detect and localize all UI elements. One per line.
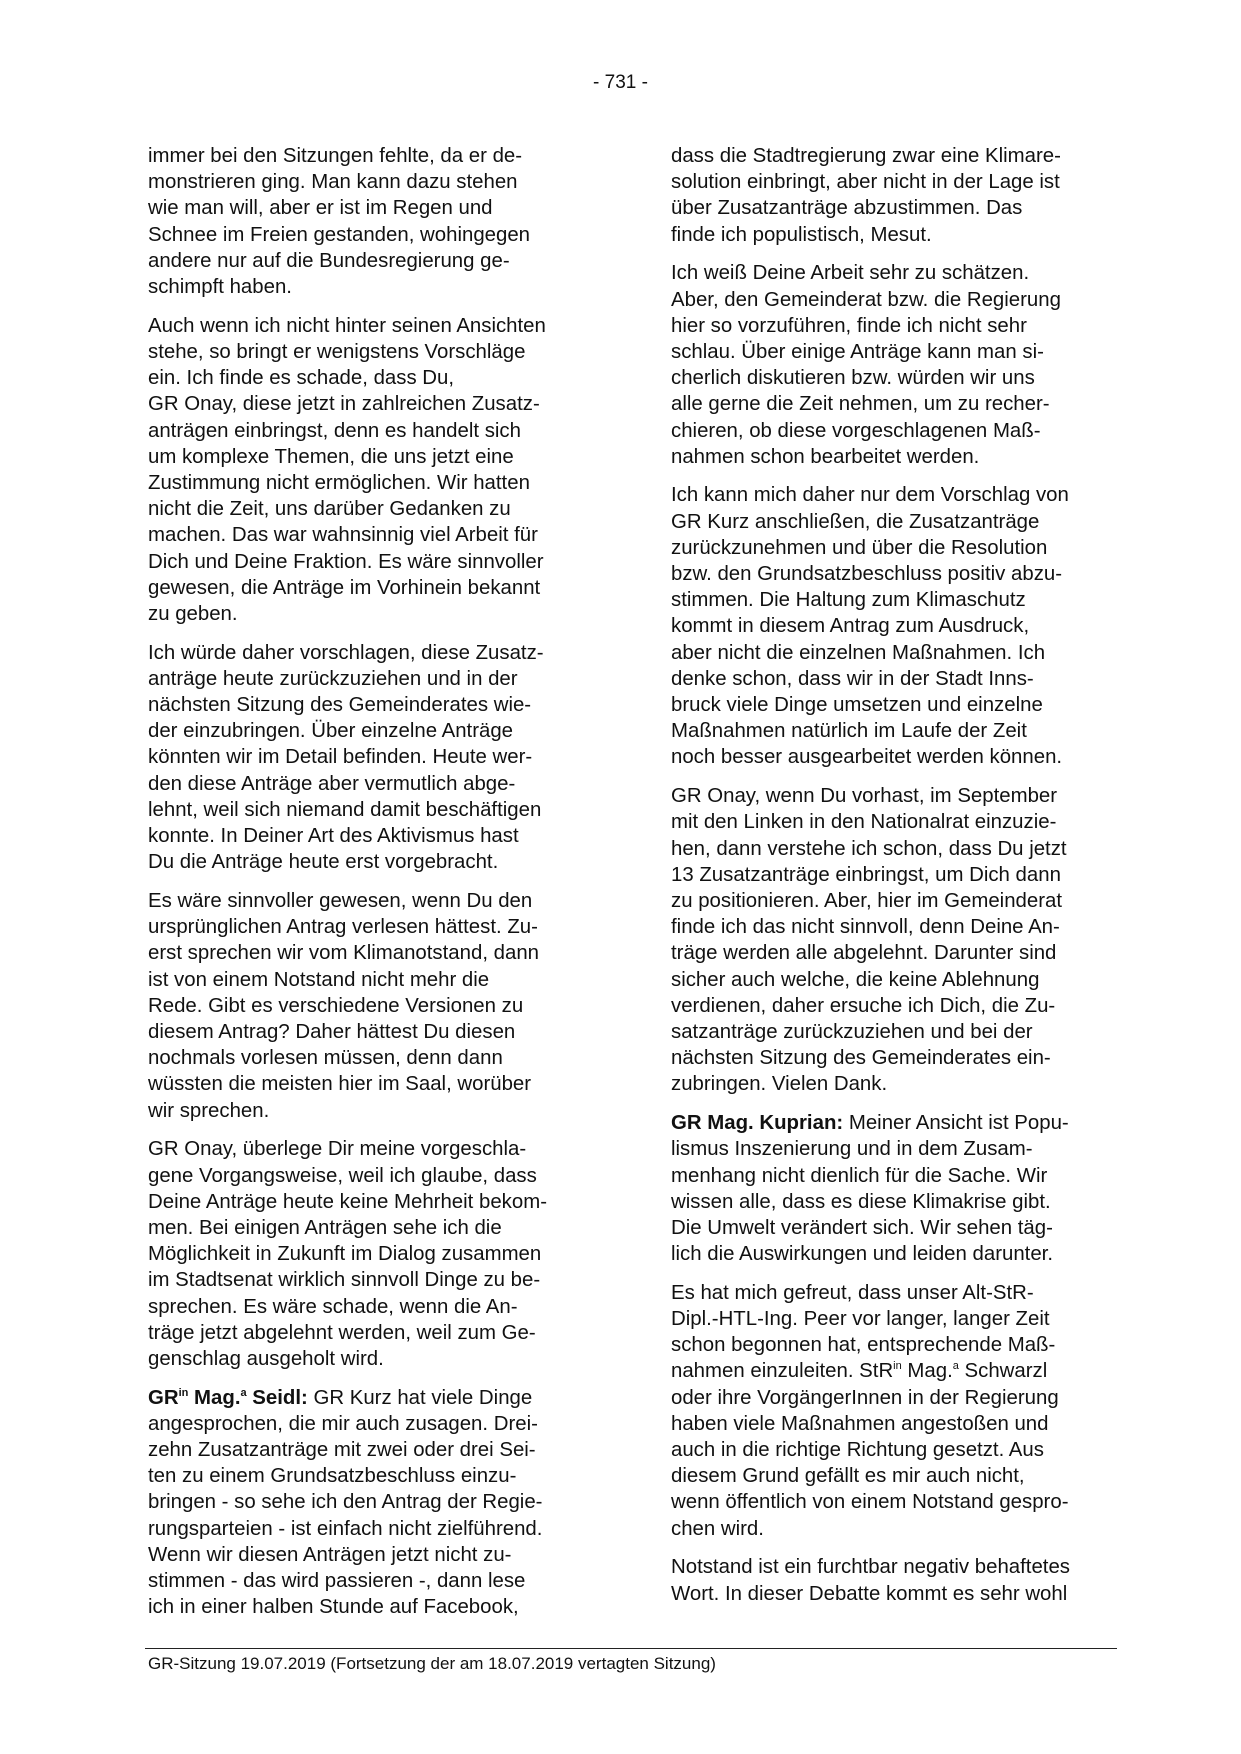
- paragraph: Auch wenn ich nicht hinter seinen Ansich…: [148, 313, 618, 627]
- speaker-paragraph: GRin Mag.a Seidl: GR Kurz hat viele Ding…: [148, 1385, 618, 1621]
- speaker-name: GRin Mag.a Seidl:: [148, 1387, 308, 1409]
- right-column: dass die Stadtregierung zwar eine Klimar…: [671, 143, 1141, 1619]
- footer-divider: [145, 1648, 1117, 1649]
- paragraph: GR Onay, wenn Du vorhast, im September m…: [671, 783, 1141, 1097]
- speech-text: Meiner Ansicht ist Popu- lismus Inszenie…: [671, 1112, 1069, 1265]
- paragraph: GR Onay, überlege Dir meine vorgeschla- …: [148, 1136, 618, 1372]
- speaker-paragraph: GR Mag. Kuprian: Meiner Ansicht ist Popu…: [671, 1110, 1141, 1267]
- paragraph: dass die Stadtregierung zwar eine Klimar…: [671, 143, 1141, 248]
- left-column: immer bei den Sitzungen fehlte, da er de…: [148, 143, 618, 1633]
- page-number: - 731 -: [0, 72, 1241, 94]
- paragraph: Notstand ist ein furchtbar negativ behaf…: [671, 1554, 1141, 1606]
- paragraph: Ich würde daher vorschlagen, diese Zusat…: [148, 640, 618, 876]
- paragraph: Ich kann mich daher nur dem Vorschlag vo…: [671, 482, 1141, 770]
- paragraph: immer bei den Sitzungen fehlte, da er de…: [148, 143, 618, 300]
- footer-text: GR-Sitzung 19.07.2019 (Fortsetzung der a…: [148, 1654, 716, 1674]
- paragraph: Ich weiß Deine Arbeit sehr zu schätzen. …: [671, 260, 1141, 470]
- paragraph: Es wäre sinnvoller gewesen, wenn Du den …: [148, 888, 618, 1124]
- speaker-name: GR Mag. Kuprian:: [671, 1112, 843, 1134]
- speech-text: GR Kurz hat viele Dinge angesprochen, di…: [148, 1387, 542, 1619]
- paragraph: Es hat mich gefreut, dass unser Alt-StR-…: [671, 1280, 1141, 1542]
